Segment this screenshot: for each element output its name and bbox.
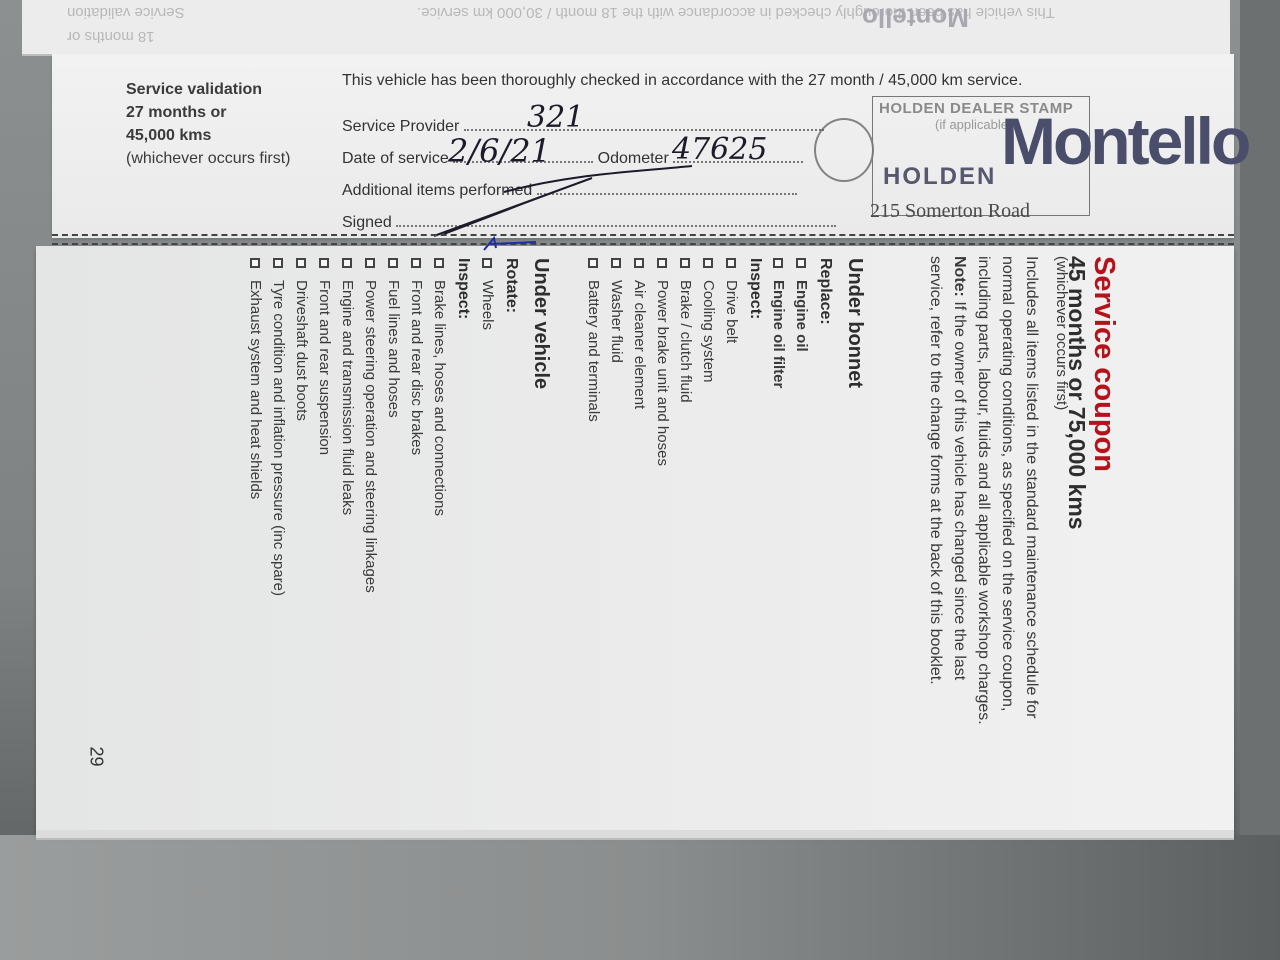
coupon-paragraph-line: normal operating conditions, as specifie… (998, 256, 1016, 711)
under-bonnet-heading: Under bonnet (843, 258, 866, 388)
validation-interval-kms: 45,000 kms (126, 124, 290, 147)
coupon-paragraph-line: Includes all items listed in the standar… (1022, 256, 1040, 718)
validation-title: Service validation 27 months or 45,000 k… (126, 78, 290, 170)
item-label: Battery and terminals (585, 280, 602, 422)
perforation-line (52, 243, 1234, 245)
checklist-item[interactable]: Driveshaft dust boots (293, 258, 310, 421)
checkbox[interactable] (727, 258, 737, 268)
checkbox[interactable] (274, 258, 284, 268)
item-label: Engine oil (793, 280, 810, 352)
note-label: Note: (951, 256, 968, 297)
checkbox[interactable] (797, 258, 807, 268)
additional-items-field[interactable]: Additional items performed (342, 182, 797, 200)
checkbox[interactable] (483, 258, 493, 268)
perforation-line (52, 234, 1234, 236)
round-stamp-icon (814, 118, 874, 182)
checklist-item[interactable]: Power brake unit and hoses (654, 258, 671, 466)
item-label: Front and rear disc brakes (408, 280, 425, 455)
validation-note: (whichever occurs first) (126, 147, 290, 170)
coupon-note-line: service, refer to the change forms at th… (926, 256, 944, 685)
checkbox[interactable] (658, 258, 668, 268)
checkbox[interactable] (612, 258, 622, 268)
checklist-item[interactable]: Engine and transmission fluid leaks (339, 258, 356, 515)
rotate-label: Rotate: (502, 258, 520, 313)
checklist-item[interactable]: Brake lines, hoses and connections (431, 258, 448, 516)
item-label: Brake / clutch fluid (677, 280, 694, 403)
inspect-label: Inspect: (454, 258, 472, 319)
validation-intro: This vehicle has been thoroughly checked… (342, 72, 1022, 90)
dealer-stamp: HOLDEN DEALER STAMP (if applicable) Mont… (872, 96, 1090, 216)
checklist-item[interactable]: Front and rear suspension (316, 258, 333, 455)
checkbox[interactable] (389, 258, 399, 268)
odometer-value: 47625 (672, 132, 767, 167)
page-number: 29 (86, 746, 107, 766)
service-provider-value: 321 (527, 100, 584, 135)
checkbox[interactable] (589, 258, 599, 268)
coupon-note: (whichever occurs first) (1053, 256, 1070, 410)
item-label: Brake lines, hoses and connections (431, 280, 448, 516)
item-label: Drive belt (723, 280, 740, 343)
item-label: Engine oil filter (770, 280, 787, 388)
item-label: Tyre condition and inflation pressure (i… (270, 280, 287, 596)
checklist-item[interactable]: Power steering operation and steering li… (362, 258, 379, 593)
checkbox[interactable] (635, 258, 645, 268)
coupon-paragraph-line: including parts, labour, fluids and all … (974, 256, 992, 725)
booklet-edge (36, 830, 1234, 840)
signed-field[interactable]: Signed (342, 214, 836, 232)
background-surface-bottom (0, 835, 1280, 960)
checkbox[interactable] (412, 258, 422, 268)
checklist-item[interactable]: Engine oil (793, 258, 810, 352)
validation-interval-months: 27 months or (126, 101, 290, 124)
checklist-item[interactable]: Front and rear disc brakes (408, 258, 425, 455)
checkbox[interactable] (343, 258, 353, 268)
checkbox[interactable] (704, 258, 714, 268)
checkbox[interactable] (435, 258, 445, 268)
odometer-label: Odometer (598, 150, 669, 167)
item-label: Fuel lines and hoses (385, 280, 402, 418)
checklist-item[interactable]: Drive belt (723, 258, 740, 343)
checklist-item[interactable]: Fuel lines and hoses (385, 258, 402, 418)
ghost-stamp: Montello (862, 2, 969, 33)
stamp-dealer-name: Montello (1001, 103, 1248, 179)
item-label: Power brake unit and hoses (654, 280, 671, 466)
checklist-item[interactable]: Cooling system (700, 258, 717, 383)
item-label: Wheels (479, 280, 496, 330)
checkbox[interactable] (681, 258, 691, 268)
item-label: Washer fluid (608, 280, 625, 363)
replace-label: Replace: (816, 258, 834, 325)
note-text: If the owner of this vehicle has changed… (951, 297, 968, 680)
ghost-text: Service validation (67, 4, 185, 21)
item-label: Driveshaft dust boots (293, 280, 310, 421)
checkbox[interactable] (251, 258, 261, 268)
inspect-label: Inspect: (746, 258, 764, 319)
checklist-item[interactable]: Brake / clutch fluid (677, 258, 694, 403)
stamp-brand: HOLDEN (883, 163, 996, 191)
date-of-service-value: 2/6/21 (448, 132, 551, 170)
checklist-item[interactable]: Wheels (479, 258, 496, 330)
date-of-service-label: Date of service (342, 150, 449, 167)
item-label: Engine and transmission fluid leaks (339, 280, 356, 515)
service-provider-label: Service Provider (342, 118, 459, 135)
checklist-item[interactable]: Engine oil filter (770, 258, 787, 388)
service-validation-strip: Service validation 27 months or 45,000 k… (52, 54, 1234, 238)
coupon-note-line: Note: If the owner of this vehicle has c… (950, 256, 968, 680)
previous-page-strip: Service validation 18 months or This veh… (22, 0, 1230, 56)
checklist-item[interactable]: Exhaust system and heat shields (247, 258, 264, 499)
under-vehicle-heading: Under vehicle (529, 258, 552, 389)
item-label: Air cleaner element (631, 280, 648, 409)
checkbox[interactable] (320, 258, 330, 268)
checklist-item[interactable]: Air cleaner element (631, 258, 648, 409)
checkbox[interactable] (297, 258, 307, 268)
item-label: Cooling system (700, 280, 717, 383)
item-label: Exhaust system and heat shields (247, 280, 264, 499)
additional-items-label: Additional items performed (342, 182, 532, 199)
checkbox[interactable] (366, 258, 376, 268)
validation-heading: Service validation (126, 78, 290, 101)
ghost-text: 18 months or (67, 28, 155, 45)
checklist-item[interactable]: Battery and terminals (585, 258, 602, 422)
item-label: Power steering operation and steering li… (362, 280, 379, 593)
checkbox[interactable] (774, 258, 784, 268)
blue-ink-mark (480, 236, 540, 252)
service-coupon-page: Service coupon 45 months or 75,000 kms (… (36, 246, 1234, 834)
signed-label: Signed (342, 214, 392, 231)
item-label: Front and rear suspension (316, 280, 333, 455)
checklist-item[interactable]: Tyre condition and inflation pressure (i… (270, 258, 287, 596)
coupon-title: Service coupon (1087, 256, 1120, 472)
stamp-address: 215 Somerton Road (870, 200, 1030, 223)
checklist-item[interactable]: Washer fluid (608, 258, 625, 363)
